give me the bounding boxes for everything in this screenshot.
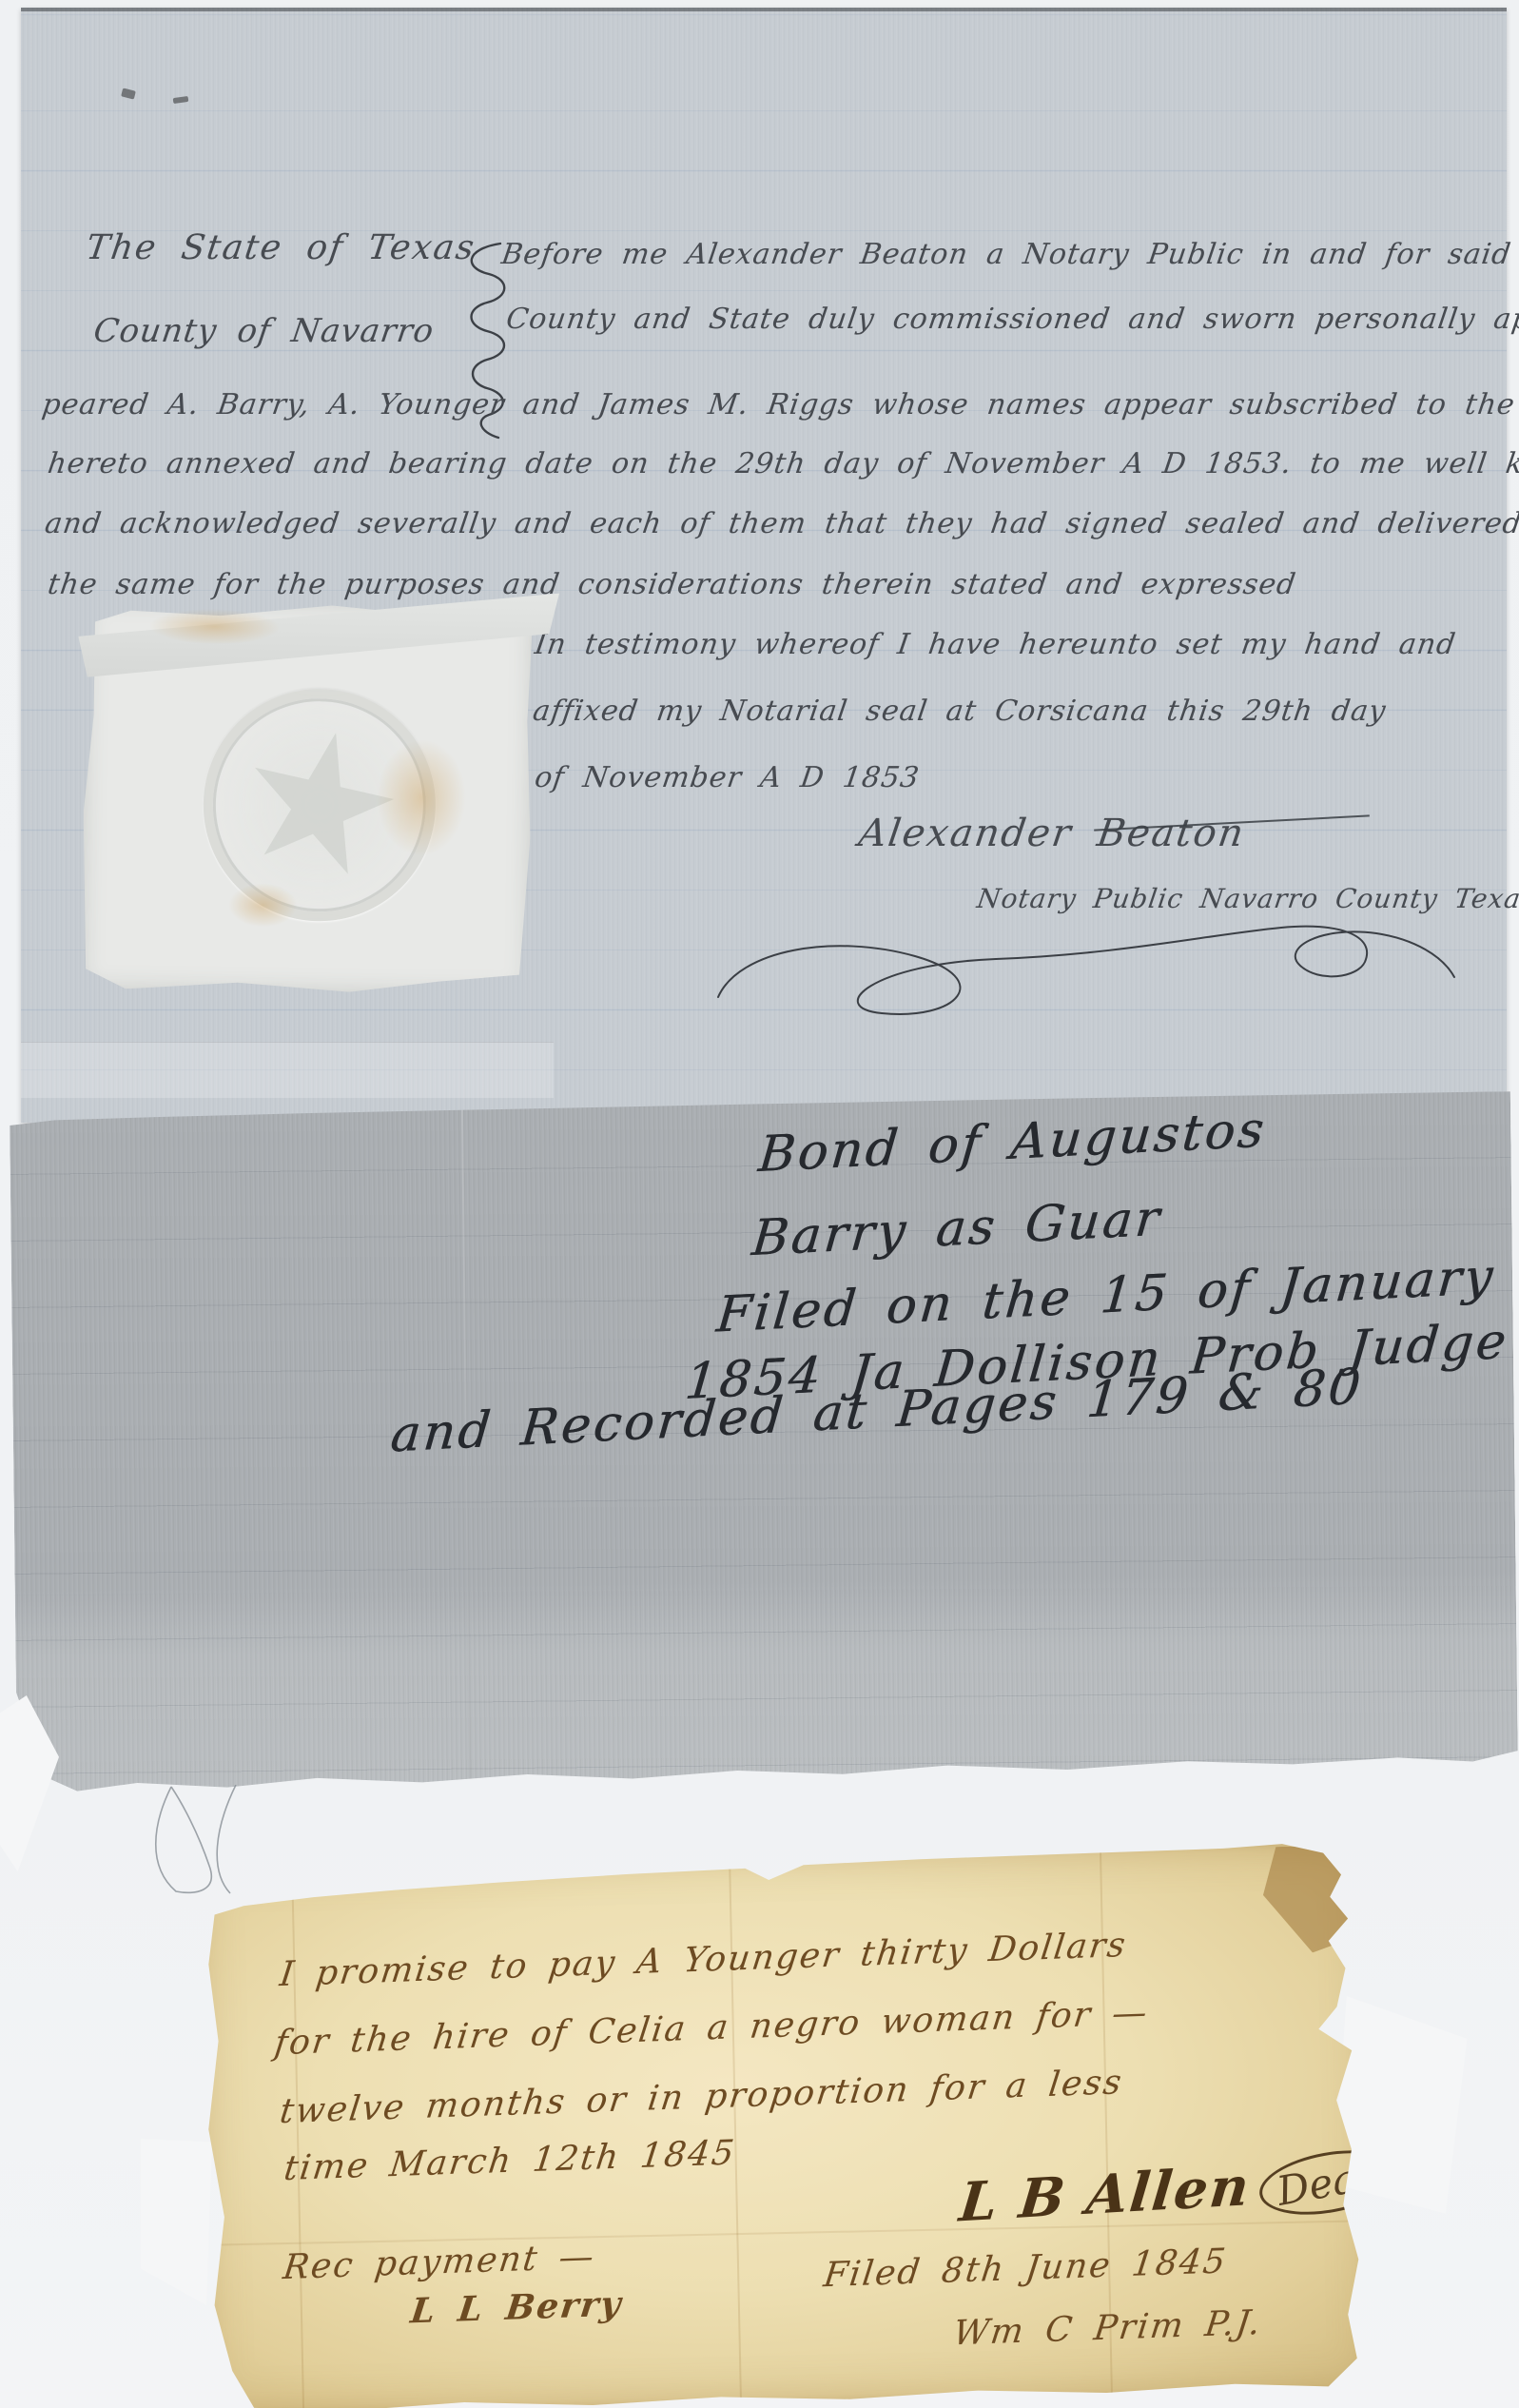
judge-signature: Wm C Prim P.J. <box>951 2303 1264 2353</box>
body-line: peared A. Barry, A. Younger and James M.… <box>40 388 1519 421</box>
testimony-line: of November A D 1853 <box>533 761 922 794</box>
body-line: hereto annexed and bearing date on the 2… <box>46 447 1519 480</box>
body-line: and acknowledged severally and each of t… <box>43 507 1519 540</box>
promissory-note-document: I promise to pay A Younger thirty Dollar… <box>196 1841 1375 2408</box>
pencil-loop-mark <box>143 1785 276 1897</box>
body-line: Before me Alexander Beaton a Notary Publ… <box>499 238 1513 271</box>
signature-flourish <box>711 907 1462 1030</box>
note-line: I promise to pay A Younger thirty Dollar… <box>278 1926 1129 1994</box>
docket-line: Barry as Guar <box>750 1190 1164 1267</box>
notary-seal-paper <box>81 598 534 995</box>
note-line: for the hire of Celia a negro woman for … <box>272 1993 1151 2063</box>
fold-crease <box>291 1864 304 2408</box>
testimony-line: In testimony whereof I have hereunto set… <box>533 628 1458 661</box>
notary-signature: Alexander Beaton <box>856 812 1248 855</box>
docket-line: Bond of Augustos <box>756 1102 1269 1184</box>
testimony-line: affixed my Notarial seal at Corsicana th… <box>531 695 1389 728</box>
payee-signature: L L Berry <box>408 2283 624 2331</box>
white-paper-patch <box>1333 1996 1469 2215</box>
corner-stain <box>1235 1845 1374 1954</box>
received-payment-note: Rec payment — <box>281 2238 597 2288</box>
scanned-documents-page: The State of Texas County of Navarro Bef… <box>0 0 1519 2408</box>
note-date-line: time March 12th 1845 <box>282 2133 738 2188</box>
body-line: County and State duly commissioned and s… <box>504 303 1519 336</box>
note-line: twelve months or in proportion for a les… <box>278 2063 1125 2131</box>
filing-note: Filed 8th June 1845 <box>822 2242 1230 2295</box>
age-stain <box>215 874 311 936</box>
bond-cover-document: Bond of Augustos Barry as Guar Filed on … <box>10 1091 1518 1795</box>
body-line: the same for the purposes and considerat… <box>46 568 1298 601</box>
county-heading: County of Navarro <box>91 312 437 350</box>
under-sheet-edge <box>21 1042 554 1098</box>
fold-crease <box>729 1854 742 2404</box>
white-tape-scrap <box>141 2139 212 2305</box>
state-heading: The State of Texas <box>84 228 478 267</box>
notary-acknowledgment-document: The State of Texas County of Navarro Bef… <box>21 8 1507 1123</box>
